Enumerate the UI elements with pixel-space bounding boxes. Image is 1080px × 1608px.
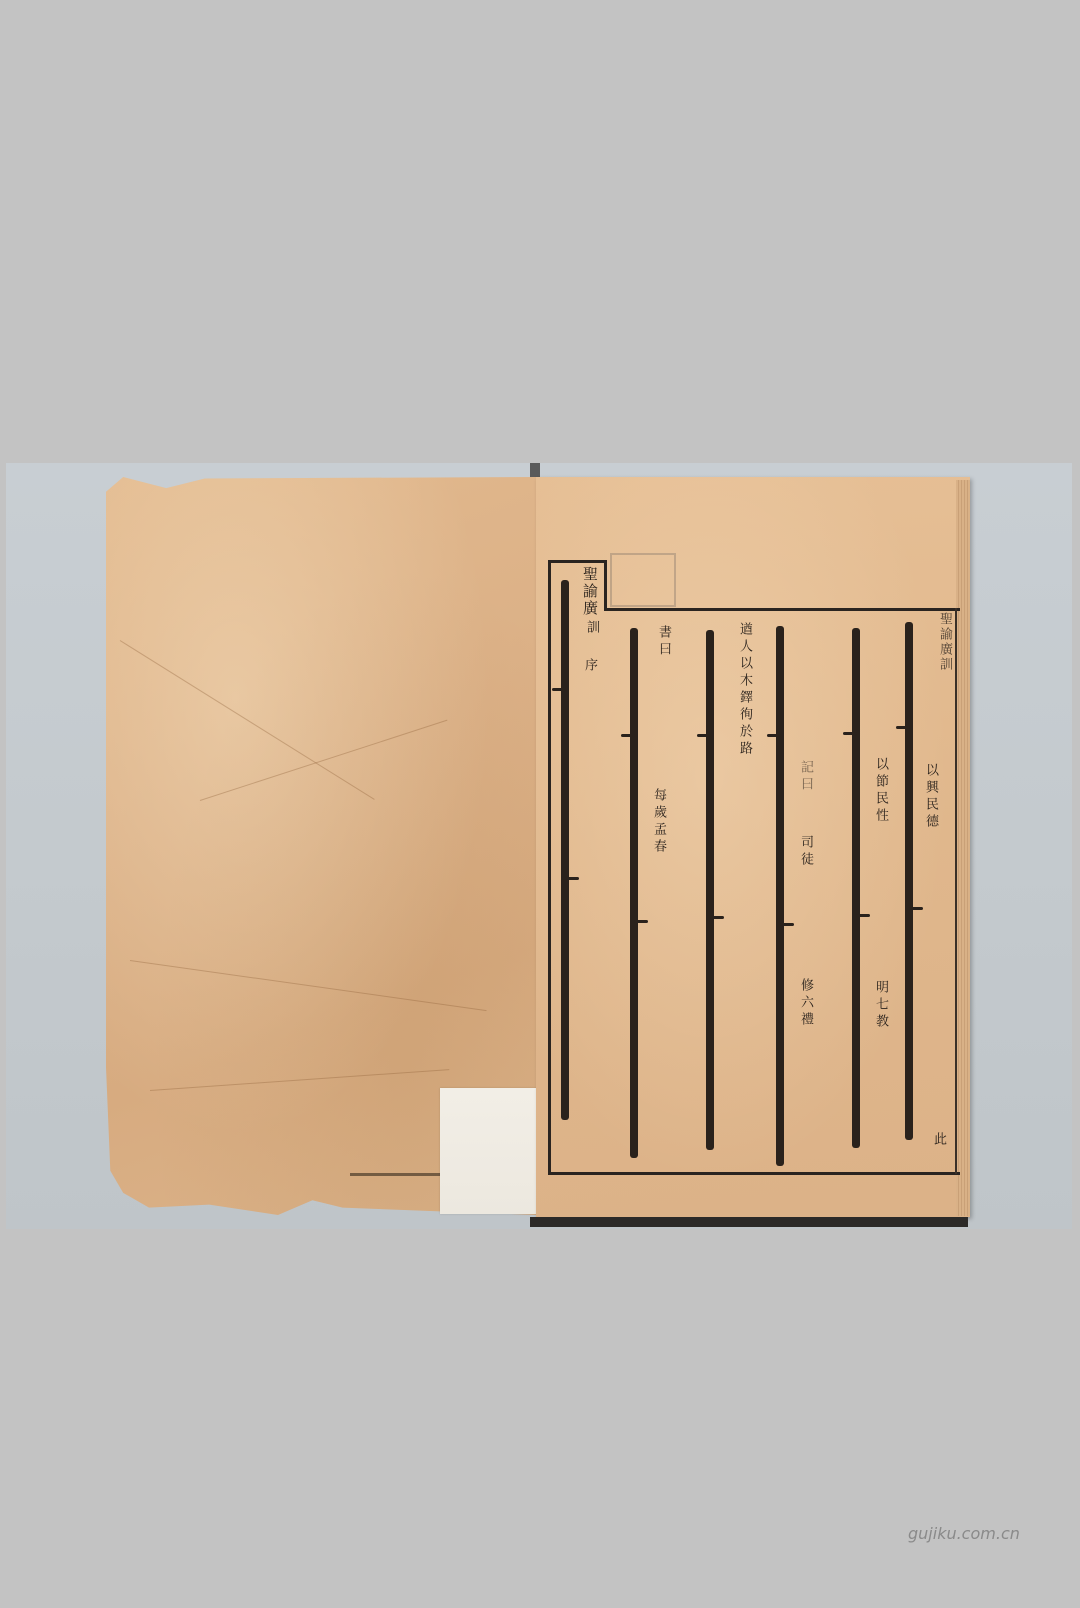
text-column-6: 記曰 xyxy=(799,760,812,794)
text-column-7: 遒人以木鐸徇於路 xyxy=(738,622,751,758)
title-label-xun: 訓 xyxy=(585,620,598,637)
text-column-1: 以興民德 xyxy=(924,763,937,831)
frame-border-bottom xyxy=(548,1172,960,1175)
frame-border-top-main xyxy=(604,608,960,611)
faded-seal-stamp xyxy=(610,553,676,607)
manchu-script-column xyxy=(706,630,714,1150)
manchu-script-column xyxy=(776,626,784,1166)
frame-border-right xyxy=(955,608,957,1174)
frame-border-left xyxy=(548,560,551,1174)
side-title: 聖諭廣訓 xyxy=(938,612,951,672)
frame-border-top xyxy=(548,560,604,563)
text-column-9: 書曰 xyxy=(657,625,670,659)
text-column-8: 每歲孟春 xyxy=(652,788,665,856)
title-box-label: 聖諭廣 xyxy=(582,566,597,617)
page-edges xyxy=(956,480,970,1216)
manchu-script-column xyxy=(905,622,913,1140)
manchu-script-column xyxy=(852,628,860,1148)
manchu-script-column xyxy=(561,580,569,1120)
book-bottom-shadow xyxy=(530,1217,968,1227)
paper-repair-patch xyxy=(440,1088,542,1214)
text-column-note: 此 xyxy=(932,1132,945,1149)
text-column-2: 以節民性 xyxy=(874,757,887,825)
title-label-xu: 序 xyxy=(583,658,596,675)
text-column-4: 修六禮 xyxy=(799,978,812,1029)
text-column-5: 司徒 xyxy=(799,835,812,869)
site-watermark: gujiku.com.cn xyxy=(908,1524,1020,1543)
manchu-script-column xyxy=(630,628,638,1158)
text-column-3: 明七教 xyxy=(874,980,887,1031)
title-box-border xyxy=(604,560,607,610)
